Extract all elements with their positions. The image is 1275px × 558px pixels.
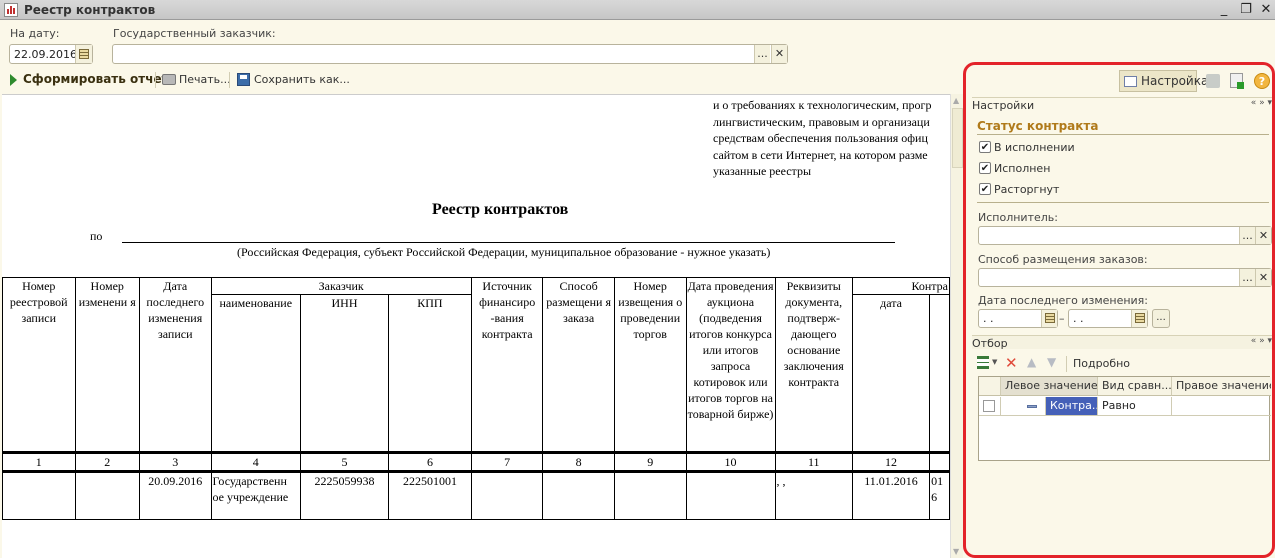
date-from-field[interactable]: . . <box>978 309 1058 328</box>
method-field[interactable]: ... ✕ <box>978 268 1272 287</box>
filter-col-right[interactable]: Правое значение <box>1172 377 1271 396</box>
filter-row-checkbox-cell <box>979 397 1001 416</box>
po-label: по <box>90 229 102 244</box>
settings-section-header: Настройки « » ▾ <box>972 97 1272 111</box>
date-to-field[interactable]: . . <box>1068 309 1148 328</box>
help-icon[interactable]: ? <box>1254 73 1270 89</box>
add-dropdown-icon[interactable]: ▼ <box>992 358 997 366</box>
delete-icon[interactable]: ✕ <box>1005 354 1018 372</box>
calendar-icon <box>79 49 89 59</box>
settings-nav-arrows[interactable]: « » ▾ <box>1251 98 1272 108</box>
executor-clear-button[interactable]: ✕ <box>1255 227 1271 244</box>
settings-list-icon <box>1124 76 1137 87</box>
filter-row-checkbox[interactable] <box>983 400 995 412</box>
print-button[interactable]: Печать... <box>179 73 231 86</box>
load-settings-icon[interactable] <box>1230 73 1243 88</box>
date-field[interactable]: 22.09.2016 <box>9 44 93 64</box>
calendar-button[interactable] <box>75 45 92 63</box>
filter-col-left[interactable]: Левое значение <box>1001 377 1098 396</box>
settings-toggle-button[interactable]: Настройка <box>1119 70 1197 92</box>
calendar-icon <box>1045 313 1055 323</box>
date-from-calendar-button[interactable] <box>1041 310 1057 327</box>
save-as-button[interactable]: Сохранить как... <box>254 73 350 86</box>
filter-col-compare[interactable]: Вид сравн... <box>1098 377 1172 396</box>
printer-icon <box>162 74 176 85</box>
scroll-down-icon[interactable]: ▼ <box>953 547 959 556</box>
save-icon <box>237 73 250 86</box>
intro-text: и о требованиях к технологическим, прогр… <box>713 97 931 180</box>
method-clear-button[interactable]: ✕ <box>1255 269 1271 286</box>
filter-nav-arrows[interactable]: « » ▾ <box>1251 336 1272 346</box>
details-button[interactable]: Подробно <box>1073 357 1130 370</box>
status-completed-checkbox[interactable]: ✔ <box>979 162 991 174</box>
filter-compare-value[interactable]: Равно <box>1098 397 1172 416</box>
calendar-icon <box>1135 313 1145 323</box>
status-group-title: Статус контракта <box>977 119 1098 133</box>
table-row: 20.09.2016Государственн ое учреждение222… <box>3 472 950 520</box>
column-number-row: 123456789101112 <box>3 453 950 472</box>
filter-table: Левое значение Вид сравн... Правое значе… <box>978 376 1270 461</box>
close-button[interactable]: ✕ <box>1258 2 1274 18</box>
po-underline <box>122 242 895 243</box>
date-to-calendar-button[interactable] <box>1131 310 1147 327</box>
contracts-table: Номер реестровой записи Номер изменени я… <box>2 277 950 520</box>
filter-left-value[interactable]: Контра... <box>1046 397 1098 416</box>
restore-settings-icon[interactable] <box>1206 74 1220 88</box>
window-titlebar: Реестр контрактов _ ❐ ✕ <box>0 0 1275 20</box>
restore-button[interactable]: ❐ <box>1238 2 1254 18</box>
date-change-label: Дата последнего изменения: <box>978 294 1148 307</box>
scroll-up-icon[interactable]: ▲ <box>953 96 959 105</box>
executor-label: Исполнитель: <box>978 211 1058 224</box>
group-minus-icon[interactable] <box>1027 405 1037 408</box>
filter-right-value[interactable] <box>1172 397 1271 416</box>
settings-panel: Настройка ? Настройки « » ▾ Статус контр… <box>963 62 1275 558</box>
status-in-progress-checkbox[interactable]: ✔ <box>979 141 991 153</box>
filter-toolbar: ▼ ✕ ▲ ▼ Подробно <box>977 354 1267 374</box>
method-label: Способ размещения заказов: <box>978 253 1148 266</box>
customer-clear-button[interactable]: ✕ <box>771 45 787 63</box>
date-value: 22.09.2016 <box>14 48 77 61</box>
move-down-icon[interactable]: ▼ <box>1047 355 1056 369</box>
table-header-row: Номер реестровой записи Номер изменени я… <box>3 278 950 295</box>
report-document: и о требованиях к технологическим, прогр… <box>2 94 950 558</box>
report-scrollbar[interactable]: ▲ ▼ <box>950 94 963 558</box>
customer-field[interactable]: ... ✕ <box>112 44 788 64</box>
filter-section-header: Отбор « » ▾ <box>972 335 1272 349</box>
report-title: Реестр контрактов <box>432 201 568 219</box>
executor-select-button[interactable]: ... <box>1239 227 1255 244</box>
generate-report-button[interactable]: Сформировать отчет <box>23 72 169 86</box>
customer-select-button[interactable]: ... <box>754 45 770 63</box>
po-note: (Российская Федерация, субъект Российско… <box>237 245 770 260</box>
window-title: Реестр контрактов <box>24 3 155 17</box>
minimize-button[interactable]: _ <box>1216 2 1232 18</box>
add-condition-icon[interactable] <box>977 356 989 369</box>
method-select-button[interactable]: ... <box>1239 269 1255 286</box>
customer-label: Государственный заказчик: <box>113 27 276 40</box>
scroll-thumb[interactable] <box>952 108 963 168</box>
move-up-icon[interactable]: ▲ <box>1027 355 1036 369</box>
report-icon <box>4 3 18 17</box>
status-terminated-checkbox[interactable]: ✔ <box>979 183 991 195</box>
report-toolbar: Сформировать отчет Печать... Сохранить к… <box>0 67 960 93</box>
play-icon <box>10 74 17 86</box>
period-select-button[interactable]: ... <box>1152 309 1170 328</box>
date-label: На дату: <box>10 27 59 40</box>
executor-field[interactable]: ... ✕ <box>978 226 1272 245</box>
